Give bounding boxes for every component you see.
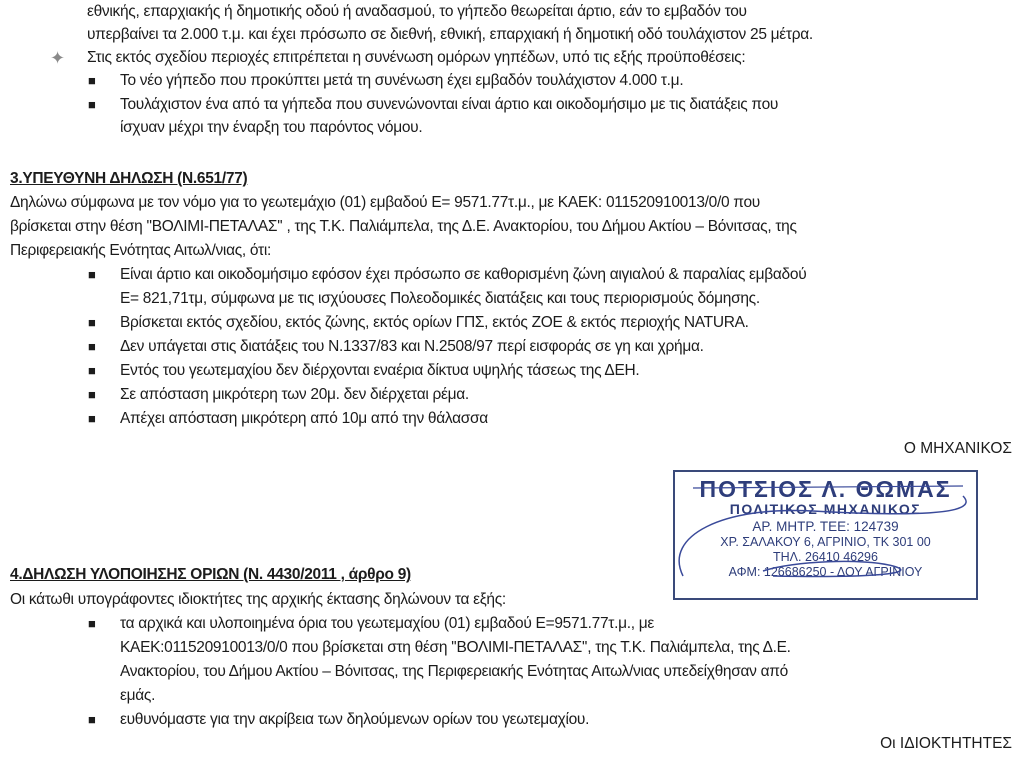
text-line: ΚΑΕΚ:011520910013/0/0 που βρίσκεται στη …	[120, 638, 791, 658]
engineer-stamp: ΠΟΤΣΙΟΣ Λ. ΘΩΜΑΣ ΠΟΛΙΤΙΚΟΣ ΜΗΧΑΝΙΚΟΣ ΑΡ.…	[673, 470, 978, 600]
bullet-icon: ■	[88, 385, 96, 405]
bullet-icon: ■	[88, 95, 96, 115]
text-line: εμάς.	[120, 686, 155, 706]
bullet-icon: ■	[88, 71, 96, 91]
bullet-icon: ■	[88, 337, 96, 357]
bullet-icon: ■	[88, 313, 96, 333]
text-line: Περιφερειακής Ενότητας Αιτωλ/νιας, ότι:	[10, 241, 271, 261]
bullet-icon: ■	[88, 409, 96, 429]
bullet-icon: ■	[88, 614, 96, 634]
bullet-icon: ■	[88, 710, 96, 730]
bullet-icon: ■	[88, 265, 96, 285]
text-line: ίσχυαν μέχρι την έναρξη του παρόντος νόμ…	[120, 118, 422, 138]
section-heading: 4.ΔΗΛΩΣΗ ΥΛΟΠΟΙΗΣΗΣ ΟΡΙΩΝ (Ν. 4430/2011 …	[10, 566, 411, 584]
text-line: Οι κάτωθι υπογράφοντες ιδιοκτήτες της αρ…	[10, 590, 506, 610]
engineer-signature-label: Ο ΜΗΧΑΝΙΚΟΣ	[904, 440, 1012, 458]
list-item: Το νέο γήπεδο που προκύπτει μετά τη συνέ…	[120, 71, 683, 91]
list-item: Σε απόσταση μικρότερη των 20μ. δεν διέρχ…	[120, 385, 469, 405]
text-line: εθνικής, επαρχιακής ή δημοτικής οδού ή α…	[87, 2, 747, 22]
list-item: Τουλάχιστον ένα από τα γήπεδα που συνενώ…	[120, 95, 778, 115]
list-item: Στις εκτός σχεδίου περιοχές επιτρέπεται …	[87, 48, 745, 68]
text-line: Ανακτορίου, του Δήμου Ακτίου – Βόνιτσας,…	[120, 662, 788, 682]
text-line: Δηλώνω σύμφωνα με τον νόμο για το γεωτεμ…	[10, 193, 760, 213]
owners-signature-label: Οι ΙΔΙΟΚΤΗΤΗΤΕΣ	[880, 735, 1012, 753]
text-line: Ε= 821,71τμ, σύμφωνα με τις ισχύουσες Πο…	[120, 289, 760, 309]
list-item: Δεν υπάγεται στις διατάξεις του Ν.1337/8…	[120, 337, 704, 357]
list-item: Εντός του γεωτεμαχίου δεν διέρχονται ενα…	[120, 361, 639, 381]
signature-scribble-icon	[663, 466, 993, 611]
bullet-icon: ■	[88, 361, 96, 381]
list-item: τα αρχικά και υλοποιημένα όρια του γεωτε…	[120, 614, 654, 634]
section-heading: 3.ΥΠΕΥΘΥΝΗ ΔΗΛΩΣΗ (Ν.651/77)	[10, 170, 247, 188]
text-line: βρίσκεται στην θέση ''ΒΟΛΙΜΙ-ΠΕΤΑΛΑΣ'' ,…	[10, 217, 797, 237]
list-item: ευθυνόμαστε για την ακρίβεια των δηλούμε…	[120, 710, 589, 730]
list-item: Είναι άρτιο και οικοδομήσιμο εφόσον έχει…	[120, 265, 806, 285]
list-item: Βρίσκεται εκτός σχεδίου, εκτός ζώνης, εκ…	[120, 313, 749, 333]
list-item: Απέχει απόσταση μικρότερη από 10μ από τη…	[120, 409, 488, 429]
diamond-bullet-icon: ✦	[50, 48, 65, 68]
text-line: υπερβαίνει τα 2.000 τ.μ. και έχει πρόσωπ…	[87, 25, 813, 45]
